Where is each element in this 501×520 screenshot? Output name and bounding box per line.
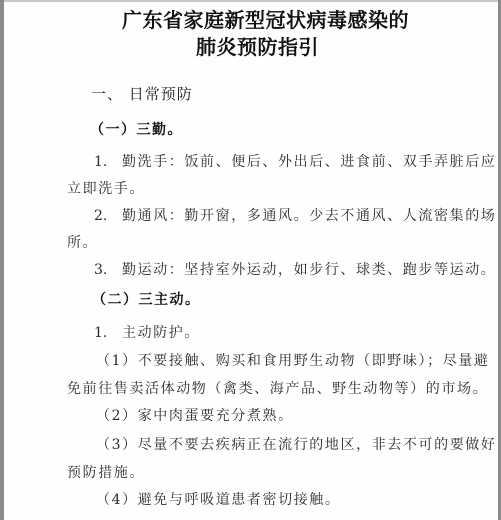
list-item-wash-hands-cont: 立即洗手。 [67,180,145,198]
section-heading-daily-prevention: 一、 日常预防 [91,85,193,103]
document-title-line-1: 广东省家庭新型冠状病毒感染的 [122,8,409,32]
point-4-avoid-contact: （4）避免与呼吸道患者密切接触。 [96,491,341,509]
point-2-cook-thoroughly: （2）家中肉蛋要充分煮熟。 [96,407,294,425]
item-number: 3. [94,261,122,279]
list-item-active-protection: 1.主动防护。 [94,324,200,342]
point-3-avoid-epidemic-areas: （3）尽量不要去疾病正在流行的地区，非去不可的要做好 [96,436,497,454]
subsection-heading-three-initiatives: （二）三主动。 [92,291,201,309]
list-item-wash-hands: 1.勤洗手：饭前、便后、外出后、进食前、双手弄脏后应 [94,153,496,171]
item-text: 勤运动：坚持室外运动，如步行、球类、跑步等运动。 [122,262,496,278]
document-title-line-2: 肺炎预防指引 [196,35,319,59]
list-item-ventilate-cont: 所。 [67,234,98,252]
item-number: 1. [94,324,122,342]
item-text: 勤洗手：饭前、便后、外出后、进食前、双手弄脏后应 [122,154,496,170]
item-number: 1. [94,153,122,171]
subsection-heading-three-diligence: （一）三勤。 [90,121,183,139]
point-1-wildlife: （1）不要接触、购买和食用野生动物（即野味）；尽量避 [96,352,490,370]
item-text: 主动防护。 [122,325,200,341]
document-page: 广东省家庭新型冠状病毒感染的 肺炎预防指引 一、 日常预防 （一）三勤。 1.勤… [4,2,498,520]
list-item-ventilate: 2.勤通风：勤开窗，多通风。少去不通风、人流密集的场 [94,207,496,225]
list-item-exercise: 3.勤运动：坚持室外运动，如步行、球类、跑步等运动。 [94,261,496,279]
point-1-wildlife-cont: 免前往售卖活体动物（禽类、海产品、野生动物等）的市场。 [67,380,488,398]
item-text: 勤通风：勤开窗，多通风。少去不通风、人流密集的场 [122,208,496,224]
point-3-avoid-epidemic-areas-cont: 预防措施。 [67,464,145,482]
item-number: 2. [94,207,122,225]
